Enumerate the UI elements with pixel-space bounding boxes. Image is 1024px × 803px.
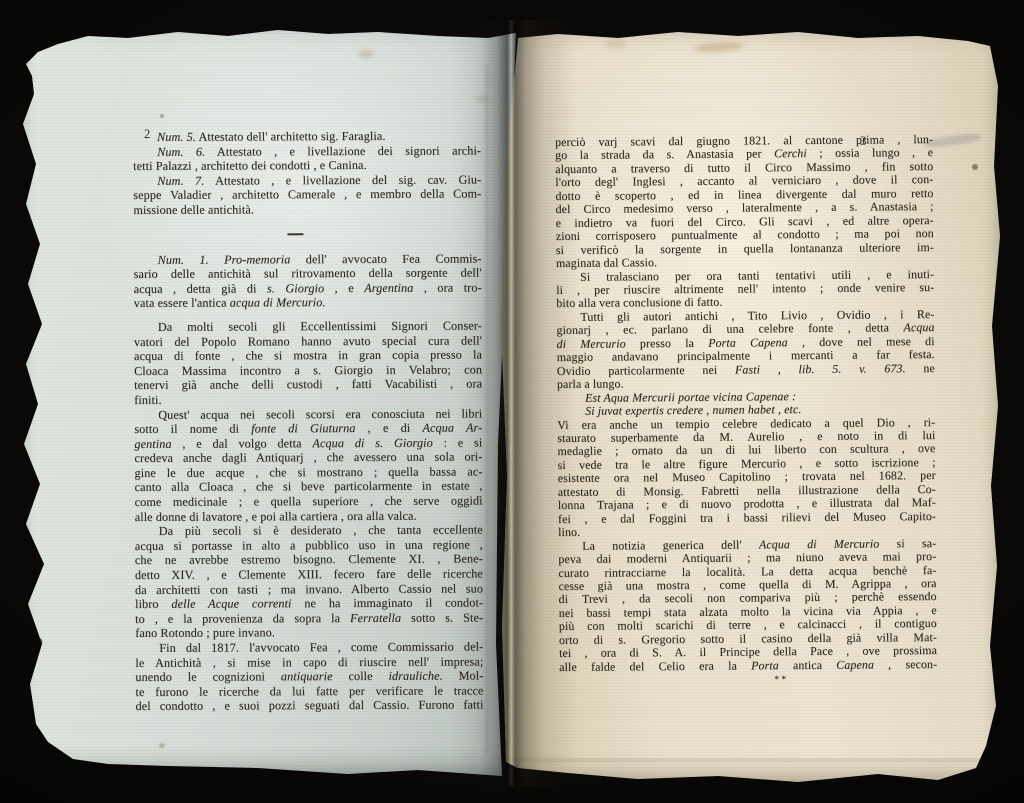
stain-spot <box>159 743 165 748</box>
section-divider <box>133 216 481 253</box>
left-page-text: Num. 5. Attestato dell' architetto sig. … <box>133 128 484 713</box>
text-line: credeva anche dagli Antiquarj , che aves… <box>134 450 482 466</box>
text-line: acqua si portasse in alto a pubblico uso… <box>135 537 483 553</box>
text-line: te furono le ricerche da lui fatte per v… <box>135 683 483 699</box>
text-line: gentina , e dal volgo detta Acqua di s. … <box>134 435 482 451</box>
bottom-crease <box>514 759 984 761</box>
text-line: vata essere l'antica acqua di Mercurio. <box>134 295 482 311</box>
paragraph: Si tralasciano per ora tanti tentativi u… <box>556 268 934 311</box>
paragraph: Num. 1. Pro-memoria dell' avvocato Fea C… <box>134 251 482 311</box>
wormhole-spot <box>35 638 42 646</box>
text-line: come medicinale ; e quella superiore , c… <box>135 494 483 510</box>
text-line: finiti. <box>134 391 482 407</box>
right-page-text: perciò varj scavi dal giugno 1821. al ca… <box>555 133 937 689</box>
left-page: 2 Num. 5. Attestato dell' architetto sig… <box>18 24 516 776</box>
text-line: gine le due acque , che si mostrano ; qu… <box>134 464 482 480</box>
text-line: Num. 7. Attestato , e livellazione del s… <box>133 172 481 188</box>
text-line: che ne avrebbe estremo bisogno. Clemente… <box>135 552 483 568</box>
paragraph: Tutti gli autori antichi , Tito Livio , … <box>556 308 935 392</box>
text-line: Fin dal 1817. l'avvocato Fea , come Comm… <box>135 639 483 655</box>
signature-mark: ** <box>559 672 937 688</box>
text-line: tenervi già anche delli custodi , fatti … <box>134 377 482 393</box>
divider-dash <box>287 233 303 235</box>
stain-spot <box>358 50 374 58</box>
text-line: da architetti con tasti ; ma invano. Alb… <box>135 581 483 597</box>
foxing-spot <box>972 164 978 170</box>
text-line: Quest' acqua nei secoli scorsi era conos… <box>134 406 482 422</box>
paragraph: Num. 5. Attestato dell' architetto sig. … <box>133 128 481 144</box>
text-line: acqua , detta già di s. Giorgio , e Arge… <box>134 280 482 296</box>
text-line: unendo le cognizioni antiquarie colle id… <box>135 669 483 685</box>
book-photo: { "photo": { "background_color": "#0b090… <box>0 0 1024 803</box>
verse-block: Est Aqua Mercurii portae vicina Capenae … <box>557 389 935 419</box>
text-line: to , e la provenienza da sopra la Ferrat… <box>135 610 483 626</box>
text-line: libro delle Acque correnti ne ha immagin… <box>135 596 483 612</box>
paragraph: Fin dal 1817. l'avvocato Fea , come Comm… <box>135 639 483 713</box>
text-line: missione delle antichità. <box>133 201 481 217</box>
text-line: canto alla Cloaca , che si beve particol… <box>135 479 483 495</box>
paragraph: perciò varj scavi dal giugno 1821. al ca… <box>555 133 934 270</box>
text-line: del condotto , e suoi pozzi seguati dal … <box>135 698 483 714</box>
text-line: vatori del Popolo Romano hanno avuto spe… <box>134 333 482 349</box>
text-line: acqua di fonte , che si mostra in gran c… <box>134 348 482 364</box>
text-line: sotto il nome di fonte di Giuturna , e d… <box>134 421 482 437</box>
paragraph: Da più secoli si è desiderato , che tant… <box>135 523 484 641</box>
text-line: seppe Valadier , architetto Camerale , e… <box>133 187 481 203</box>
stain-spot <box>604 40 626 48</box>
text-line: Num. 6. Attestato , e livellazione dei s… <box>133 143 481 159</box>
paragraph: La notizia generica dell' Acqua di Mercu… <box>558 537 937 674</box>
text-line: Cloaca Massima incontro a s. Giorgio in … <box>134 362 482 378</box>
text-line: Da più secoli si è desiderato , che tant… <box>135 523 483 539</box>
text-line: le Antichità , si mise in capo di riusci… <box>135 654 483 670</box>
paragraph: Num. 6. Attestato , e livellazione dei s… <box>133 143 481 174</box>
text-line: tetti Palazzi , architetto dei condotti … <box>133 158 481 174</box>
stain-spot <box>694 40 745 53</box>
text-line: Da molti secoli gli Eccellentissimi Sign… <box>134 318 482 334</box>
paragraph: Vi era anche un tempio celebre dedicato … <box>557 416 936 540</box>
paragraph: Da molti secoli gli Eccellentissimi Sign… <box>134 318 482 407</box>
right-page: 3 perciò varj scavi dal giugno 1821. al … <box>498 26 1004 786</box>
paragraph: Quest' acqua nei secoli scorsi era conos… <box>134 406 483 524</box>
paragraph: Num. 7. Attestato , e livellazione del s… <box>133 172 481 217</box>
text-line: alle donne di lavatore , e poi alla cart… <box>135 508 483 524</box>
fold-crease <box>486 64 488 754</box>
stain-spot <box>160 114 164 118</box>
text-line: sario delle antichità sul ritrovamento d… <box>134 266 482 282</box>
text-line: Num. 1. Pro-memoria dell' avvocato Fea C… <box>134 251 482 267</box>
text-line: fano Rotondo ; pure invano. <box>135 625 483 641</box>
stain-spot <box>476 96 488 103</box>
text-line: detto XIV. , e Clemente XIII. fecero far… <box>135 567 483 583</box>
text-line: Num. 5. Attestato dell' architetto sig. … <box>133 128 481 144</box>
